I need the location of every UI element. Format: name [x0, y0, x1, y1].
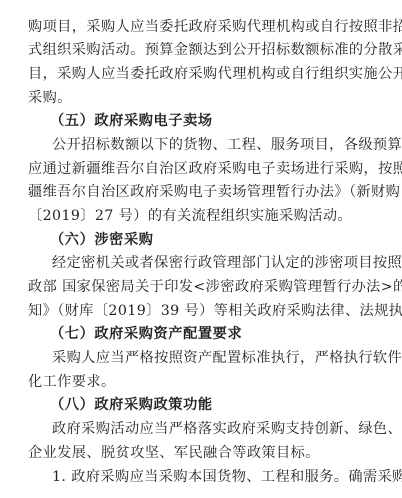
section-heading-8: （八）政府采购政策功能	[50, 396, 213, 414]
paragraph-line: 采购。	[28, 89, 348, 107]
paragraph-line: 经定密机关或者保密行政管理部门认定的涉密项目按照《财	[52, 254, 348, 272]
paragraph-line: 政府采购活动应当严格落实政府采购支持创新、绿色、中小	[52, 420, 348, 438]
paragraph-line: 化工作要求。	[28, 373, 348, 391]
paragraph-line: 知》（财库〔2019〕39 号）等相关政府采购法律、法规执行。	[28, 302, 348, 320]
paragraph-line: 采购人应当严格按照资产配置标准执行，严格执行软件正版	[52, 349, 348, 367]
paragraph-line: 政部 国家保密局关于印发<涉密政府采购管理暂行办法>的通	[28, 278, 348, 296]
section-heading-7: （七）政府采购资产配置要求	[50, 325, 242, 343]
paragraph-line: 〔2019〕27 号）的有关流程组织实施采购活动。	[28, 207, 348, 225]
paragraph-line: 目，采购人应当委托政府采购代理机构或自行组织实施公开招标	[28, 65, 348, 83]
paragraph-line: 应通过新疆维吾尔自治区政府采购电子卖场进行采购，按照《新	[28, 160, 348, 178]
paragraph-line: 1. 政府采购应当采购本国货物、工程和服务。确需采购进口	[52, 468, 348, 486]
paragraph-line: 企业发展、脱贫攻坚、军民融合等政策目标。	[28, 444, 348, 462]
paragraph-line: 购项目，采购人应当委托政府采购代理机构或自行按照非招标方	[28, 18, 348, 36]
paragraph-line: 式组织采购活动。预算金额达到公开招标数额标准的分散采购项	[28, 41, 348, 59]
section-heading-6: （六）涉密采购	[50, 231, 154, 249]
paragraph-line: 公开招标数额以下的货物、工程、服务项目，各级预算单位	[52, 136, 348, 154]
document-page: 购项目，采购人应当委托政府采购代理机构或自行按照非招标方 式组织采购活动。预算金…	[0, 0, 402, 498]
section-heading-5: （五）政府采购电子卖场	[50, 112, 213, 130]
paragraph-line: 疆维吾尔自治区政府采购电子卖场管理暂行办法》（新财购	[28, 183, 348, 201]
